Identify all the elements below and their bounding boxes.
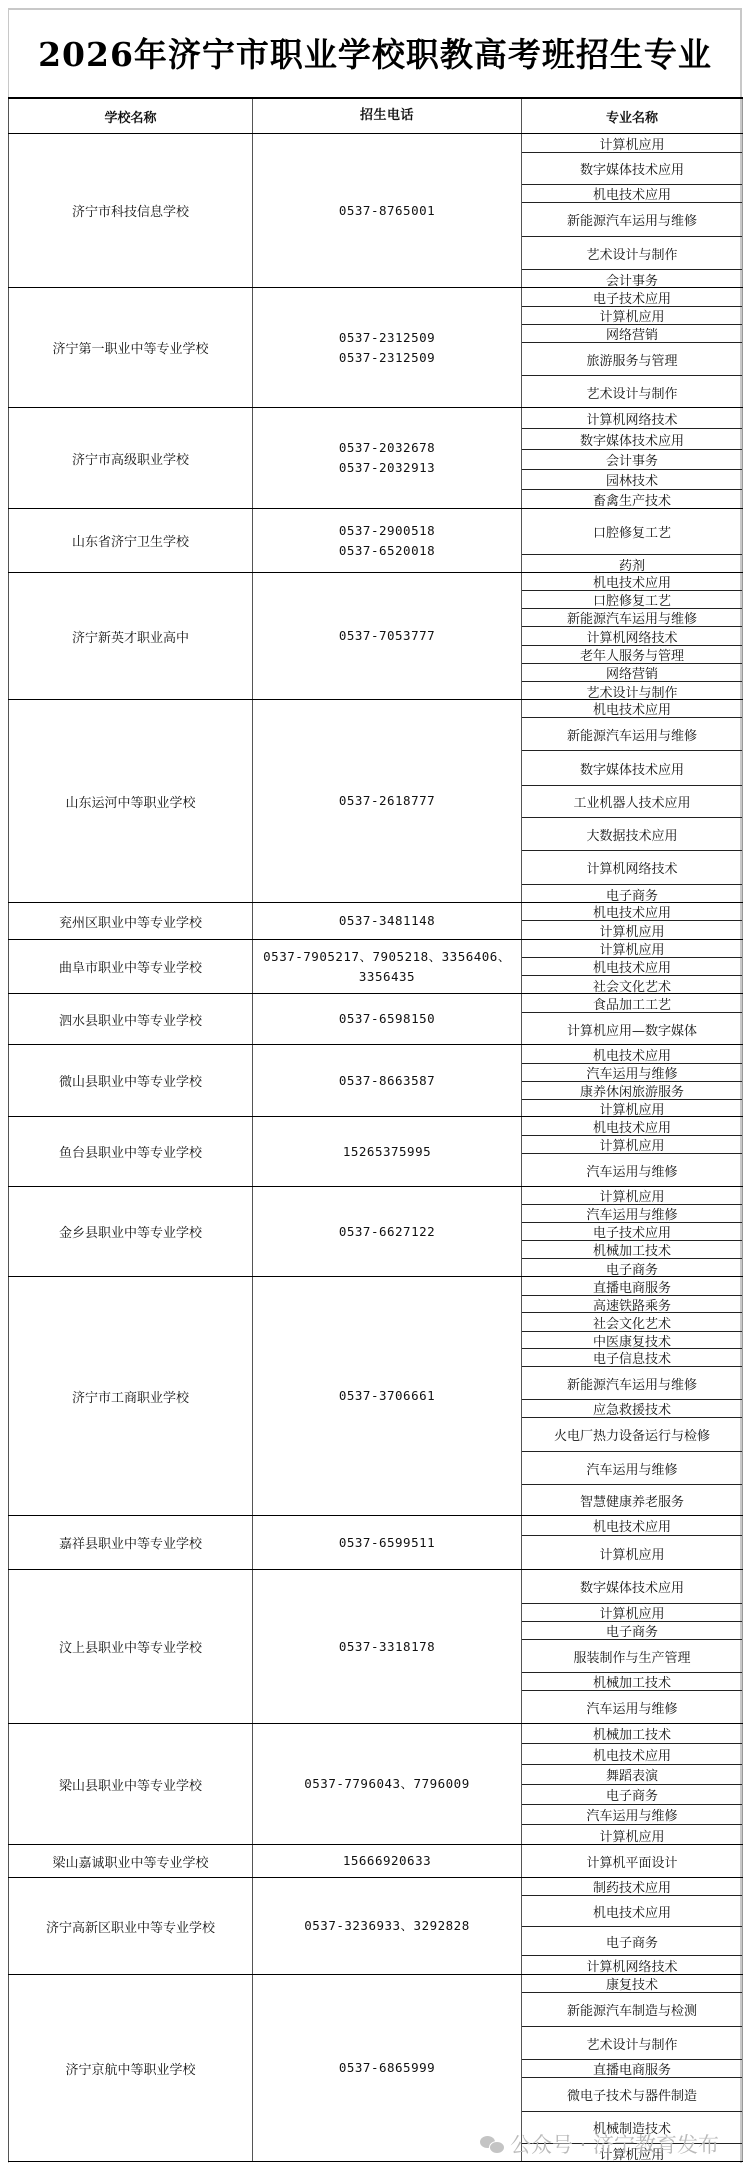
- major-item: 数字媒体技术应用: [522, 751, 742, 786]
- major-item: 电子商务: [522, 1785, 742, 1805]
- major-item: 计算机应用: [522, 1100, 742, 1117]
- phone-cell: 0537-3481148: [253, 903, 522, 939]
- phone-number: 0537-3481148: [339, 911, 435, 931]
- phone-cell: 0537-8765001: [253, 134, 522, 287]
- phone-number: 3356435: [359, 967, 415, 987]
- majors-cell: 机电技术应用计算机应用: [522, 1516, 743, 1569]
- phone-number: 0537-6520018: [339, 541, 435, 561]
- major-item: 计算机网络技术: [522, 627, 742, 646]
- major-item: 数字媒体技术应用: [522, 429, 742, 450]
- phone-number: 0537-6865999: [339, 2058, 435, 2078]
- table-row: 济宁市工商职业学校0537-3706661直播电商服务高速铁路乘务社会文化艺术中…: [8, 1277, 743, 1516]
- phone-number: 0537-2618777: [339, 791, 435, 811]
- table-row: 金乡县职业中等专业学校0537-6627122计算机应用汽车运用与维修电子技术应…: [8, 1187, 743, 1277]
- header-phone: 招生电话: [253, 99, 522, 133]
- major-item: 新能源汽车运用与维修: [522, 1367, 742, 1400]
- major-item: 食品加工工艺: [522, 994, 742, 1013]
- phone-number: 0537-7796043、7796009: [304, 1774, 470, 1794]
- major-item: 口腔修复工艺: [522, 591, 742, 609]
- majors-cell: 机电技术应用计算机应用: [522, 903, 743, 939]
- phone-number: 0537-2312509: [339, 328, 435, 348]
- school-name: 济宁新英才职业高中: [8, 573, 253, 699]
- major-item: 旅游服务与管理: [522, 343, 742, 376]
- majors-cell: 电子技术应用计算机应用网络营销旅游服务与管理艺术设计与制作: [522, 288, 743, 407]
- major-item: 计算机应用: [522, 1536, 742, 1570]
- major-item: 机电技术应用: [522, 1896, 742, 1927]
- table-row: 济宁高新区职业中等专业学校0537-3236933、3292828制药技术应用机…: [8, 1878, 743, 1975]
- phone-number: 0537-8765001: [339, 201, 435, 221]
- phone-number: 0537-7053777: [339, 626, 435, 646]
- majors-cell: 机电技术应用汽车运用与维修康养休闲旅游服务计算机应用: [522, 1045, 743, 1116]
- major-item: 会计事务: [522, 270, 742, 288]
- major-item: 微电子技术与器件制造: [522, 2078, 742, 2112]
- phone-cell: 0537-8663587: [253, 1045, 522, 1116]
- table-row: 济宁市高级职业学校0537-20326780537-2032913计算机网络技术…: [8, 408, 743, 509]
- major-item: 机电技术应用: [522, 573, 742, 591]
- school-name: 微山县职业中等专业学校: [8, 1045, 253, 1116]
- phone-cell: 0537-7905217、7905218、3356406、3356435: [253, 940, 522, 993]
- phone-cell: 0537-20326780537-2032913: [253, 408, 522, 508]
- major-item: 服装制作与生产管理: [522, 1640, 742, 1673]
- major-item: 电子信息技术: [522, 1349, 742, 1367]
- table-row: 梁山嘉诚职业中等专业学校15666920633计算机平面设计: [8, 1845, 743, 1878]
- phone-number: 0537-2312509: [339, 348, 435, 368]
- table-row: 济宁市科技信息学校0537-8765001计算机应用数字媒体技术应用机电技术应用…: [8, 134, 743, 288]
- major-item: 电子商务: [522, 1927, 742, 1956]
- phone-number: 0537-3236933、3292828: [304, 1916, 470, 1936]
- major-item: 药剂: [522, 555, 742, 573]
- major-item: 艺术设计与制作: [522, 376, 742, 408]
- major-item: 艺术设计与制作: [522, 2027, 742, 2060]
- major-item: 机电技术应用: [522, 185, 742, 203]
- major-item: 高速铁路乘务: [522, 1296, 742, 1313]
- major-item: 直播电商服务: [522, 1277, 742, 1296]
- major-item: 中医康复技术: [522, 1332, 742, 1349]
- school-name: 济宁第一职业中等专业学校: [8, 288, 253, 407]
- major-item: 机电技术应用: [522, 1045, 742, 1064]
- major-item: 园林技术: [522, 470, 742, 490]
- major-item: 汽车运用与维修: [522, 1452, 742, 1485]
- major-item: 机电技术应用: [522, 700, 742, 718]
- majors-cell: 数字媒体技术应用计算机应用电子商务服装制作与生产管理机械加工技术汽车运用与维修: [522, 1570, 743, 1723]
- major-item: 机械加工技术: [522, 1241, 742, 1259]
- majors-cell: 机械加工技术机电技术应用舞蹈表演电子商务汽车运用与维修计算机应用: [522, 1724, 743, 1844]
- phone-number: 0537-6599511: [339, 1533, 435, 1553]
- major-item: 火电厂热力设备运行与检修: [522, 1418, 742, 1452]
- majors-cell: 机电技术应用口腔修复工艺新能源汽车运用与维修计算机网络技术老年人服务与管理网络营…: [522, 573, 743, 699]
- major-item: 电子商务: [522, 885, 742, 903]
- major-item: 机械加工技术: [522, 1724, 742, 1744]
- watermark: 公众号 · 济宁教育发布: [480, 2131, 719, 2157]
- phone-number: 0537-6627122: [339, 1222, 435, 1242]
- major-item: 数字媒体技术应用: [522, 153, 742, 185]
- major-item: 数字媒体技术应用: [522, 1570, 742, 1604]
- table-row: 汶上县职业中等专业学校0537-3318178数字媒体技术应用计算机应用电子商务…: [8, 1570, 743, 1724]
- phone-number: 15666920633: [343, 1851, 431, 1871]
- major-item: 艺术设计与制作: [522, 682, 742, 700]
- header-major: 专业名称: [522, 99, 743, 133]
- major-item: 计算机应用: [522, 1187, 742, 1205]
- school-name: 金乡县职业中等专业学校: [8, 1187, 253, 1276]
- major-item: 康养休闲旅游服务: [522, 1082, 742, 1100]
- major-item: 机电技术应用: [522, 1744, 742, 1765]
- major-item: 电子技术应用: [522, 1223, 742, 1241]
- phone-number: 0537-3706661: [339, 1386, 435, 1406]
- major-item: 计算机应用—数字媒体: [522, 1013, 742, 1045]
- majors-cell: 计算机应用汽车运用与维修电子技术应用机械加工技术电子商务: [522, 1187, 743, 1276]
- phone-number: 0537-2900518: [339, 521, 435, 541]
- phone-number: 15265375995: [343, 1142, 431, 1162]
- phone-cell: 15666920633: [253, 1845, 522, 1877]
- phone-number: 0537-7905217、7905218、3356406、: [263, 947, 511, 967]
- school-name: 济宁高新区职业中等专业学校: [8, 1878, 253, 1974]
- major-item: 直播电商服务: [522, 2060, 742, 2078]
- major-item: 计算机应用: [522, 921, 742, 940]
- major-item: 口腔修复工艺: [522, 509, 742, 555]
- major-item: 汽车运用与维修: [522, 1154, 742, 1187]
- major-item: 畜禽生产技术: [522, 490, 742, 509]
- phone-cell: 0537-3706661: [253, 1277, 522, 1515]
- major-item: 机电技术应用: [522, 1117, 742, 1136]
- major-item: 计算机应用: [522, 1136, 742, 1154]
- major-item: 智慧健康养老服务: [522, 1485, 742, 1516]
- major-item: 新能源汽车运用与维修: [522, 203, 742, 237]
- phone-cell: 0537-7053777: [253, 573, 522, 699]
- phone-number: 0537-8663587: [339, 1071, 435, 1091]
- school-name: 济宁京航中等职业学校: [8, 1975, 253, 2161]
- table-row: 梁山县职业中等专业学校0537-7796043、7796009机械加工技术机电技…: [8, 1724, 743, 1845]
- major-item: 计算机应用: [522, 1825, 742, 1845]
- major-item: 汽车运用与维修: [522, 1205, 742, 1223]
- table-row: 鱼台县职业中等专业学校15265375995机电技术应用计算机应用汽车运用与维修: [8, 1117, 743, 1187]
- major-item: 网络营销: [522, 664, 742, 682]
- majors-cell: 计算机平面设计: [522, 1845, 743, 1877]
- major-item: 机电技术应用: [522, 1516, 742, 1536]
- phone-number: 0537-2032913: [339, 458, 435, 478]
- table-row: 曲阜市职业中等专业学校0537-7905217、7905218、3356406、…: [8, 940, 743, 994]
- major-item: 大数据技术应用: [522, 818, 742, 851]
- majors-cell: 计算机应用机电技术应用社会文化艺术: [522, 940, 743, 993]
- major-item: 计算机应用: [522, 134, 742, 153]
- school-name: 汶上县职业中等专业学校: [8, 1570, 253, 1723]
- major-item: 社会文化艺术: [522, 1313, 742, 1332]
- major-item: 机械加工技术: [522, 1673, 742, 1691]
- table-row: 济宁新英才职业高中0537-7053777机电技术应用口腔修复工艺新能源汽车运用…: [8, 573, 743, 700]
- watermark-text: 公众号 · 济宁教育发布: [510, 2129, 719, 2159]
- majors-cell: 计算机网络技术数字媒体技术应用会计事务园林技术畜禽生产技术: [522, 408, 743, 508]
- table-row: 嘉祥县职业中等专业学校0537-6599511机电技术应用计算机应用: [8, 1516, 743, 1570]
- major-item: 社会文化艺术: [522, 976, 742, 994]
- phone-cell: 0537-2618777: [253, 700, 522, 902]
- phone-cell: 0537-3318178: [253, 1570, 522, 1723]
- major-item: 计算机应用: [522, 307, 742, 325]
- major-item: 汽车运用与维修: [522, 1805, 742, 1825]
- major-item: 艺术设计与制作: [522, 237, 742, 270]
- school-name: 梁山嘉诚职业中等专业学校: [8, 1845, 253, 1877]
- major-item: 老年人服务与管理: [522, 646, 742, 664]
- major-item: 新能源汽车制造与检测: [522, 1993, 742, 2027]
- major-item: 计算机应用: [522, 940, 742, 958]
- school-name: 山东运河中等职业学校: [8, 700, 253, 902]
- school-name: 山东省济宁卫生学校: [8, 509, 253, 572]
- major-item: 电子技术应用: [522, 288, 742, 307]
- major-item: 新能源汽车运用与维修: [522, 718, 742, 751]
- major-item: 电子商务: [522, 1622, 742, 1640]
- table-row: 泗水县职业中等专业学校0537-6598150食品加工工艺计算机应用—数字媒体: [8, 994, 743, 1045]
- major-item: 汽车运用与维修: [522, 1691, 742, 1724]
- phone-cell: 0537-6627122: [253, 1187, 522, 1276]
- school-name: 嘉祥县职业中等专业学校: [8, 1516, 253, 1569]
- table-row: 兖州区职业中等专业学校0537-3481148机电技术应用计算机应用: [8, 903, 743, 940]
- school-name: 济宁市工商职业学校: [8, 1277, 253, 1515]
- majors-cell: 制药技术应用机电技术应用电子商务计算机网络技术: [522, 1878, 743, 1974]
- phone-number: 0537-3318178: [339, 1637, 435, 1657]
- major-item: 康复技术: [522, 1975, 742, 1993]
- school-name: 鱼台县职业中等专业学校: [8, 1117, 253, 1186]
- school-name: 曲阜市职业中等专业学校: [8, 940, 253, 993]
- table-header: 学校名称 招生电话 专业名称: [8, 97, 743, 134]
- page-title: 2026年济宁市职业学校职教高考班招生专业: [0, 30, 750, 80]
- majors-cell: 食品加工工艺计算机应用—数字媒体: [522, 994, 743, 1044]
- major-item: 应急救援技术: [522, 1400, 742, 1418]
- major-item: 计算机网络技术: [522, 1956, 742, 1975]
- major-item: 新能源汽车运用与维修: [522, 609, 742, 627]
- major-item: 计算机应用: [522, 1604, 742, 1622]
- major-item: 电子商务: [522, 1259, 742, 1277]
- major-item: 制药技术应用: [522, 1878, 742, 1896]
- phone-cell: 0537-7796043、7796009: [253, 1724, 522, 1844]
- header-school-name: 学校名称: [8, 99, 253, 133]
- major-item: 机电技术应用: [522, 958, 742, 976]
- phone-cell: 0537-29005180537-6520018: [253, 509, 522, 572]
- major-item: 计算机网络技术: [522, 851, 742, 885]
- table-row: 济宁第一职业中等专业学校0537-23125090537-2312509电子技术…: [8, 288, 743, 408]
- wechat-icon: [480, 2134, 504, 2154]
- phone-number: 0537-2032678: [339, 438, 435, 458]
- school-name: 兖州区职业中等专业学校: [8, 903, 253, 939]
- major-item: 会计事务: [522, 450, 742, 470]
- phone-cell: 15265375995: [253, 1117, 522, 1186]
- phone-number: 0537-6598150: [339, 1009, 435, 1029]
- majors-cell: 计算机应用数字媒体技术应用机电技术应用新能源汽车运用与维修艺术设计与制作会计事务: [522, 134, 743, 287]
- major-item: 机电技术应用: [522, 903, 742, 921]
- majors-cell: 口腔修复工艺药剂: [522, 509, 743, 572]
- major-item: 计算机平面设计: [522, 1845, 742, 1878]
- school-name: 梁山县职业中等专业学校: [8, 1724, 253, 1844]
- phone-cell: 0537-3236933、3292828: [253, 1878, 522, 1974]
- majors-cell: 机电技术应用计算机应用汽车运用与维修: [522, 1117, 743, 1186]
- phone-cell: 0537-23125090537-2312509: [253, 288, 522, 407]
- major-item: 工业机器人技术应用: [522, 786, 742, 818]
- school-name: 济宁市高级职业学校: [8, 408, 253, 508]
- major-item: 汽车运用与维修: [522, 1064, 742, 1082]
- table-row: 山东省济宁卫生学校0537-29005180537-6520018口腔修复工艺药…: [8, 509, 743, 573]
- school-name: 泗水县职业中等专业学校: [8, 994, 253, 1044]
- phone-cell: 0537-6599511: [253, 1516, 522, 1569]
- table-row: 微山县职业中等专业学校0537-8663587机电技术应用汽车运用与维修康养休闲…: [8, 1045, 743, 1117]
- major-item: 计算机网络技术: [522, 408, 742, 429]
- major-item: 网络营销: [522, 325, 742, 343]
- school-name: 济宁市科技信息学校: [8, 134, 253, 287]
- majors-cell: 机电技术应用新能源汽车运用与维修数字媒体技术应用工业机器人技术应用大数据技术应用…: [522, 700, 743, 902]
- major-item: 舞蹈表演: [522, 1765, 742, 1785]
- phone-cell: 0537-6598150: [253, 994, 522, 1044]
- majors-cell: 直播电商服务高速铁路乘务社会文化艺术中医康复技术电子信息技术新能源汽车运用与维修…: [522, 1277, 743, 1515]
- table-row: 山东运河中等职业学校0537-2618777机电技术应用新能源汽车运用与维修数字…: [8, 700, 743, 903]
